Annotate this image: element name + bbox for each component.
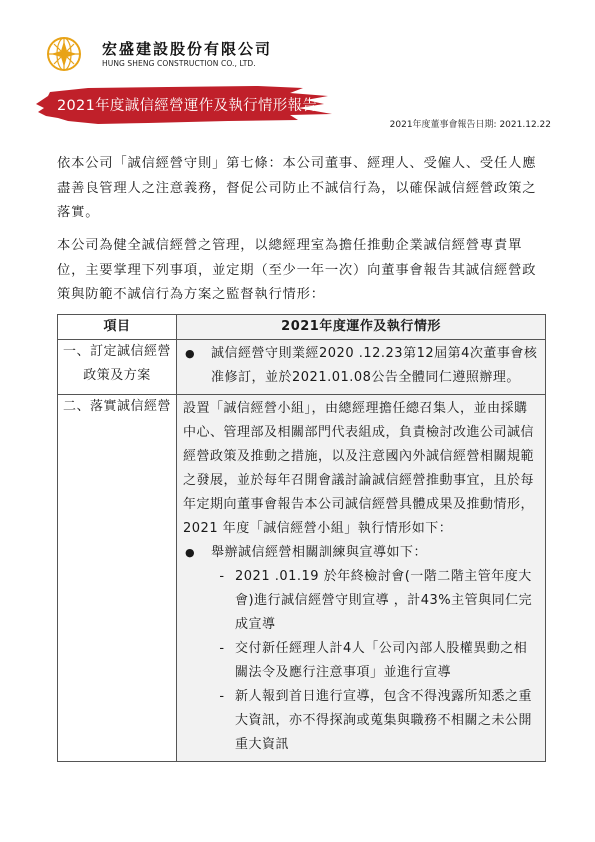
header-execution: 2021年度運作及執行情形 bbox=[177, 315, 546, 340]
intro-paragraph-1: 依本公司「誠信經營守則」第七條：本公司董事、經理人、受僱人、受任人應盡善良管理人… bbox=[57, 152, 547, 226]
item-line: 二、落實誠信經營 bbox=[58, 395, 176, 419]
item-line: 一、訂定誠信經營 bbox=[58, 340, 176, 364]
bullet-icon: ● bbox=[183, 342, 211, 390]
dash-icon: - bbox=[209, 685, 235, 757]
row-content-implement: 設置「誠信經營小組」，由總經理擔任總召集人，並由採購中心、管理部及相關部門代表組… bbox=[177, 395, 546, 762]
bullet-text: 舉辦誠信經營相關訓練與宣導如下： bbox=[211, 541, 427, 565]
header-item: 項目 bbox=[58, 315, 177, 340]
sub-item-text: 新人報到首日進行宣導，包含不得洩露所知悉之重大資訊，亦不得探詢或蒐集與職務不相關… bbox=[235, 685, 539, 757]
report-date: 2021年度董事會報告日期: 2021.12.22 bbox=[390, 117, 551, 130]
bullet-text: 誠信經營守則業經2020 .12.23第12屆第4次董事會核准修訂，並於2021… bbox=[211, 342, 539, 390]
row-item-policy: 一、訂定誠信經營 政策及方案 bbox=[58, 340, 177, 395]
report-title: 2021年度誠信經營運作及執行情形報告 bbox=[57, 94, 317, 115]
company-name-en: HUNG SHENG CONSTRUCTION CO., LTD. bbox=[102, 59, 256, 68]
dash-icon: - bbox=[209, 565, 235, 637]
table-header-row: 項目 2021年度運作及執行情形 bbox=[58, 315, 546, 340]
company-name-cn: 宏盛建設股份有限公司 bbox=[102, 38, 272, 59]
sub-item-text: 交付新任經理人計4人「公司內部人股權異動之相關法令及應行注意事項」並進行宣導 bbox=[235, 637, 539, 685]
intro-paragraph-2: 本公司為健全誠信經營之管理，以總經理室為擔任推動企業誠信經營專責單位，主要掌理下… bbox=[57, 234, 547, 308]
bullet-item: ● 誠信經營守則業經2020 .12.23第12屆第4次董事會核准修訂，並於20… bbox=[183, 342, 539, 390]
row-content-policy: ● 誠信經營守則業經2020 .12.23第12屆第4次董事會核准修訂，並於20… bbox=[177, 340, 546, 395]
sub-item: - 2021 .01.19 於年終檢討會(一階二階主管年度大會)進行誠信經營守則… bbox=[183, 565, 539, 637]
sub-item-text: 2021 .01.19 於年終檢討會(一階二階主管年度大會)進行誠信經營守則宣導… bbox=[235, 565, 539, 637]
company-logo-icon bbox=[46, 36, 82, 72]
table-row: 一、訂定誠信經營 政策及方案 ● 誠信經營守則業經2020 .12.23第12屆… bbox=[58, 340, 546, 395]
table-row: 二、落實誠信經營 設置「誠信經營小組」，由總經理擔任總召集人，並由採購中心、管理… bbox=[58, 395, 546, 762]
sub-item: - 新人報到首日進行宣導，包含不得洩露所知悉之重大資訊，亦不得探詢或蒐集與職務不… bbox=[183, 685, 539, 757]
item-line: 政策及方案 bbox=[58, 364, 176, 388]
dash-icon: - bbox=[209, 637, 235, 685]
bullet-item: ● 舉辦誠信經營相關訓練與宣導如下： bbox=[183, 541, 539, 565]
bullet-icon: ● bbox=[183, 541, 211, 565]
sub-item: - 交付新任經理人計4人「公司內部人股權異動之相關法令及應行注意事項」並進行宣導 bbox=[183, 637, 539, 685]
intro-text: 設置「誠信經營小組」，由總經理擔任總召集人，並由採購中心、管理部及相關部門代表組… bbox=[183, 397, 539, 541]
execution-table: 項目 2021年度運作及執行情形 一、訂定誠信經營 政策及方案 ● 誠信經營守則… bbox=[57, 314, 546, 762]
row-item-implement: 二、落實誠信經營 bbox=[58, 395, 177, 762]
